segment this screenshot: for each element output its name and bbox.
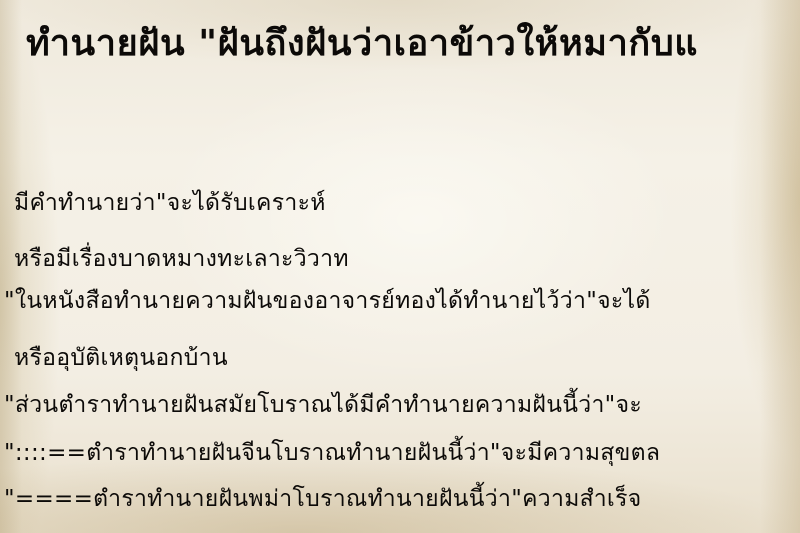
page-title: ทำนายฝัน "ฝันถึงฝันว่าเอาข้าวให้หมากับแ	[26, 18, 698, 70]
interpretation-line-5: "ส่วนตำราทำนายฝันสมัยโบราณได้มีคำทำนายคว…	[4, 388, 642, 422]
interpretation-line-3: "ในหนังสือทำนายความฝันของอาจารย์ทองได้ทำ…	[4, 284, 651, 318]
interpretation-line-7: "====ตำราทำนายฝันพม่าโบราณทำนายฝันนี้ว่า…	[4, 482, 642, 516]
interpretation-line-2: หรือมีเรื่องบาดหมางทะเลาะวิวาท	[14, 242, 349, 276]
interpretation-line-1: มีคำทำนายว่า"จะได้รับเคราะห์	[14, 186, 326, 220]
paper-stain-right	[760, 0, 800, 533]
interpretation-line-4: หรืออุบัติเหตุนอกบ้าน	[14, 341, 228, 375]
interpretation-line-6: "::::==ตำราทำนายฝันจีนโบราณทำนายฝันนี้ว่…	[4, 436, 660, 470]
